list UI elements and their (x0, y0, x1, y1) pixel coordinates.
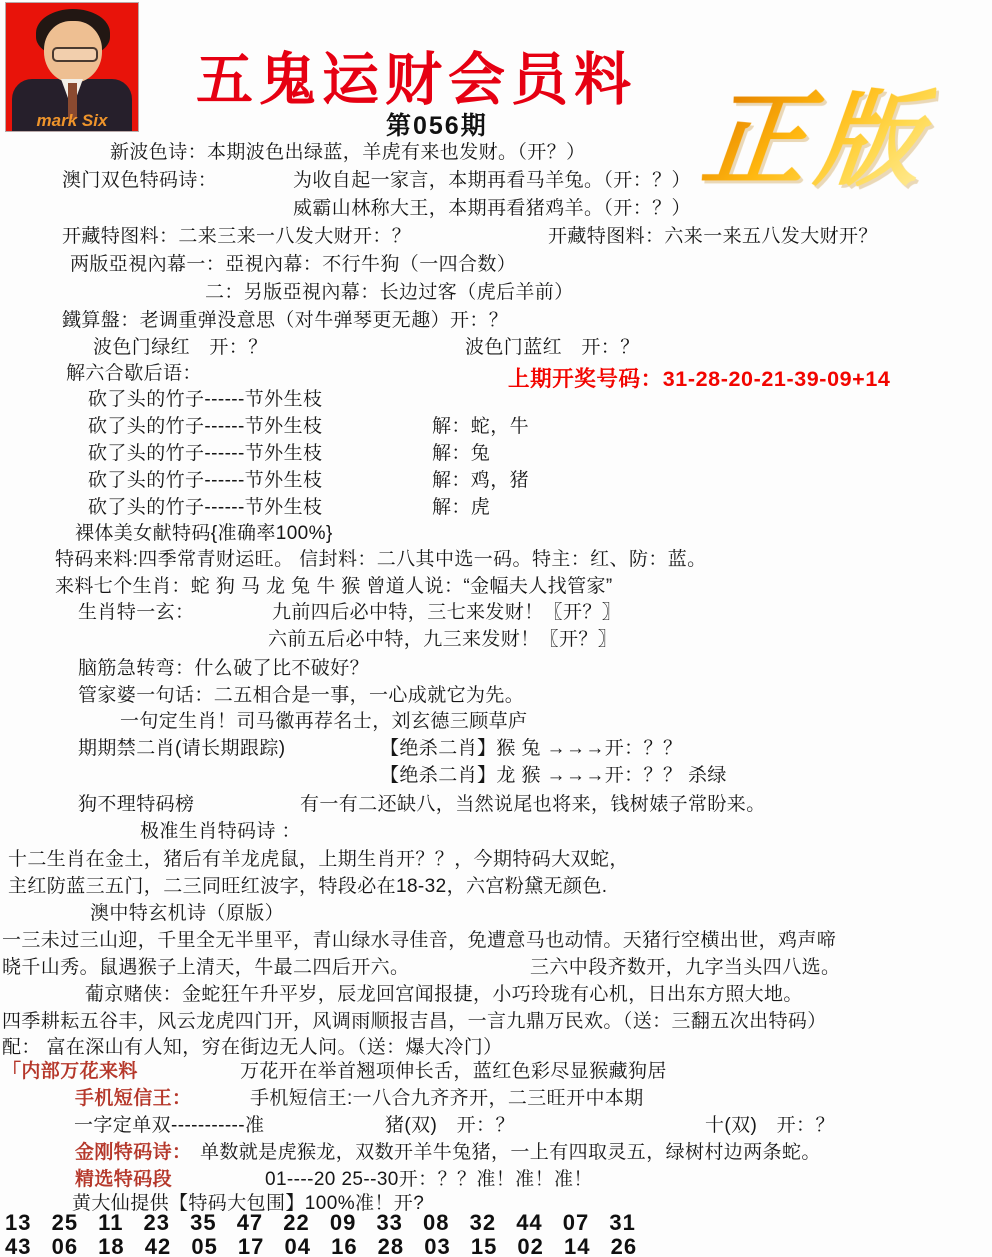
macau-poem-line1: 为收自起一家言，本期再看马羊兔。（开：？） (293, 170, 691, 193)
qige-shengxiao-line: 来料七个生肖：蛇 狗 马 龙 兔 牛 猴 曾道人说：“金幅夫人找管家” (55, 576, 613, 599)
xiehouyu-label: 解六合歇后语： (66, 363, 202, 386)
jingxuan-text: 01----20 25--30开：？？准！准！准！ (265, 1169, 593, 1192)
guanjiapo-line: 管家婆一句话：二五相合是一事，一心成就它为先。 (78, 685, 524, 708)
teyixuan-line1: 九前四后必中特，三七来发财！〖开？〗 (272, 602, 621, 625)
xiehouyu-4: 砍了头的竹子------节外生枝 (88, 470, 322, 493)
teyixuan-label: 生肖特一玄： (78, 602, 194, 625)
numbers-row1: 13 25 11 23 35 47 22 09 33 08 32 44 07 3… (5, 1210, 636, 1236)
teyixuan-line2: 六前五后必中特，九三来发财！〖开？〗 (268, 629, 617, 652)
aozhong-label: 澳中特玄机诗（原版） (90, 903, 284, 926)
tema-lailiao-line: 特码来料:四季常青财运旺。 信封料：二八其中选一码。特主：红、防：蓝。 (55, 549, 707, 572)
xiehouyu-5-answer: 解：虎 (432, 497, 490, 520)
bose-green-red: 波色门绿红 开：？ (93, 337, 268, 360)
jizhun-line1: 十二生肖在金土，猪后有羊龙虎鼠，上期生肖开？？，今期特码大双蛇， (8, 849, 629, 872)
portrait-photo: mark Six (5, 2, 139, 132)
numbers-row2: 43 06 18 42 05 17 04 16 28 03 15 02 14 2… (5, 1234, 637, 1257)
pujing-line1: 葡京赌侠：金蛇狂午升平岁，辰龙回宫闻报捷，小巧玲珑有心机，日出东方照大地。 (85, 984, 803, 1007)
xiehouyu-2: 砍了头的竹子------节外生枝 (88, 416, 322, 439)
jizhun-line2: 主红防蓝三五门，二三同旺红波字，特段必在18-32，六宫粉黛无颜色. (8, 876, 607, 899)
aozhong-line1: 一三未过三山迎，千里全无半里平，青山绿水寻佳音，免遭意马也动情。天猪行空横出世，… (2, 930, 836, 953)
juesha-line2: 【绝杀二肖】龙 猴 →→→开：？？ 杀绿 (380, 765, 727, 788)
yizi-danshuang: 一字定单双-----------准 (74, 1115, 264, 1138)
xiehouyu-3: 砍了头的竹子------节外生枝 (88, 443, 322, 466)
aozhong-line2b: 三六中段齐数开，九字当头四八选。 (530, 957, 840, 980)
photo-watermark: mark Six (6, 111, 138, 131)
qiqijin-label: 期期禁二肖(请长期跟踪) (78, 738, 285, 761)
xiehouyu-5: 砍了头的竹子------节外生枝 (88, 497, 322, 520)
shi-shuang: 十(双) 开：？ (705, 1115, 835, 1138)
tiesuanpan-line: 鐵算盤：老调重弹没意思（对牛弹琴更无趣）开：？ (62, 310, 508, 333)
label-macau-double-poem: 澳门双色特码诗： (62, 170, 217, 193)
jingang-label: 金刚特码诗： (75, 1142, 191, 1165)
edition-watermark: 正版 (696, 56, 940, 206)
jizhun-label: 极准生肖特码诗 ： (140, 821, 301, 844)
xiehouyu-1: 砍了头的竹子------节外生枝 (88, 389, 322, 412)
kaicang-tip-right: 开藏特图料：六来一来五八发大财开？ (548, 226, 878, 249)
goubuli-label: 狗不理特码榜 (78, 794, 194, 817)
last-draw-numbers: 上期开奖号码：31-28-20-21-39-09+14 (508, 367, 890, 393)
juesha-line1: 【绝杀二肖】猴 兔 →→→开：？？ (380, 738, 682, 761)
aozhong-line2: 晓千山秀。鼠遇猴子上清天，牛最二四后开六。 (2, 957, 409, 980)
jingang-text: 单数就是虎猴龙，双数开羊牛兔猪，一上有四取灵五，绿树村边两条蛇。 (200, 1142, 821, 1165)
xiehouyu-3-answer: 解：兔 (432, 443, 490, 466)
neibu-text: 万花开在举首翘项伸长舌，蓝红色彩尽显猴藏狗居 (240, 1061, 667, 1084)
xiehouyu-2-answer: 解：蛇，牛 (432, 416, 529, 439)
pei-line: 配： 富在深山有人知，穷在街边无人问。（送：爆大冷门） (2, 1037, 503, 1060)
bose-blue-red: 波色门蓝红 开：？ (465, 337, 640, 360)
duanxin-text: 手机短信王:一八合九齐齐开，二三旺开中本期 (250, 1088, 644, 1111)
yashi-line2: 二：另版亞視內幕：长边过客（虎后羊前） (205, 282, 574, 305)
lottery-tip-sheet: mark Six 五鬼运财会员料 第056期 正版 新波色诗：本期波色出绿蓝，羊… (0, 0, 992, 1257)
zhu-shuang: 猪(双) 开：？ (385, 1115, 515, 1138)
macau-poem-line2: 威霸山林称大王，本期再看猪鸡羊。（开：？） (293, 198, 691, 221)
naojin-line: 脑筋急转弯：什么破了比不破好？ (78, 658, 369, 681)
page-title: 五鬼运财会员料 (196, 34, 637, 116)
goubuli-text: 有一有二还缺八，当然说尾也将来，钱树婊子常盼来。 (300, 794, 766, 817)
pujing-line2: 四季耕耘五谷丰，风云龙虎四门开，风调雨顺报吉昌，一言九鼎万民欢。（送：三翻五次出… (2, 1011, 827, 1034)
yijuding-line: 一句定生肖！司马徽再荐名士，刘玄德三顾草庐 (120, 711, 527, 734)
kaicang-tip-left: 开藏特图料：二来三来一八发大财开：？ (62, 226, 411, 249)
duanxin-label: 手机短信王： (75, 1088, 191, 1111)
yashi-line1: 两版亞視內幕一：亞視內幕：不行牛狗（一四合数） (70, 254, 516, 277)
luoti-line: 裸体美女献特码{准确率100%} (75, 523, 333, 546)
neibu-label: 「内部万花来料 (2, 1061, 138, 1084)
xiehouyu-4-answer: 解：鸡，猪 (432, 470, 529, 493)
issue-number: 第056期 (386, 106, 488, 142)
jingxuan-label: 精选特码段 (75, 1169, 172, 1192)
line-new-bose-poem: 新波色诗：本期波色出绿蓝，羊虎有来也发财。（开？） (110, 142, 586, 165)
glasses-icon (52, 47, 98, 62)
